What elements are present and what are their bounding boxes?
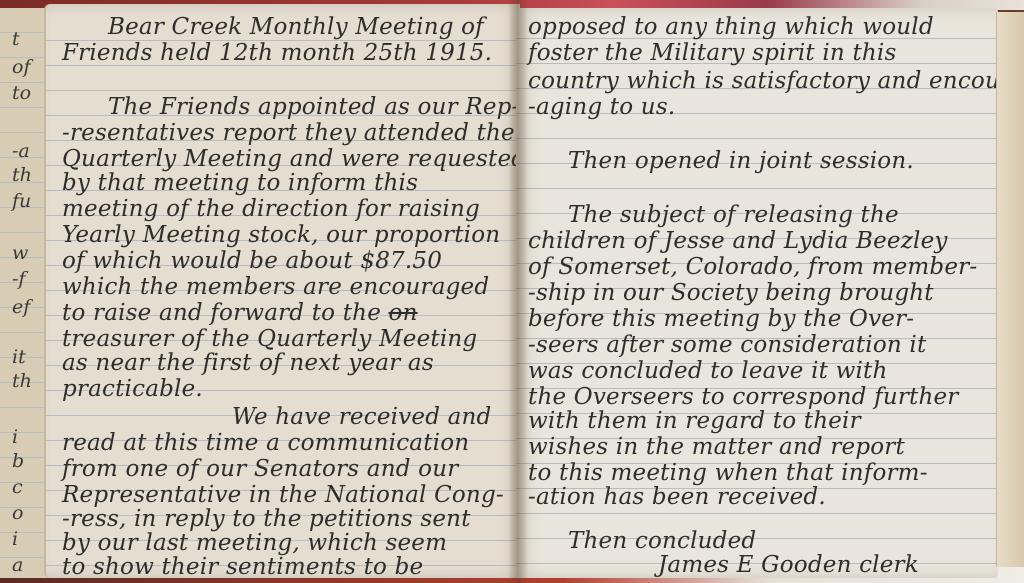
edge-fragment: i [12,428,18,447]
edge-fragment: ef [12,298,30,317]
text-line: practicable. [62,376,203,402]
edge-fragment: th [12,166,32,185]
text-line: children of Jesse and Lydia Beezley [528,228,948,254]
edge-fragment: o [12,504,23,523]
left-page: Bear Creek Monthly Meeting of Friends he… [44,4,520,578]
text-line: -ress, in reply to the petitions sent [62,506,471,532]
text-line: by that meeting to inform this [62,170,418,196]
text-line: Yearly Meeting stock, our proportion [62,222,500,248]
heading-line-2: Friends held 12th month 25th 1915. [62,40,492,66]
closing-line: Then concluded [528,528,756,554]
text-line: Quarterly Meeting and were requested [62,146,520,172]
text-line: to raise and forward to the on [62,300,418,326]
edge-fragment: -a [12,142,30,161]
edge-fragment: t [12,30,20,49]
text-line: -seers after some consideration it [528,332,926,358]
text-line: the Overseers to correspond further [528,384,959,410]
text-line: country which is satisfactory and encour… [528,68,998,94]
text-line: before this meeting by the Over- [528,306,914,332]
edge-fragment: b [12,452,24,471]
edge-fragment: to [12,84,31,103]
text-line: -aging to us. [528,94,675,120]
edge-fragment: c [12,478,23,497]
struck-word: on [389,300,418,326]
page-stack-edge [996,12,1024,567]
text-line: of Somerset, Colorado, from member- [528,254,977,280]
text-line: Representative in the National Cong- [62,482,504,508]
text-line: was concluded to leave it with [528,358,887,384]
heading-line-1: Bear Creek Monthly Meeting of [62,14,484,40]
text-line: -ship in our Society being brought [528,280,934,306]
edge-fragment: th [12,372,32,391]
text-line: The Friends appointed as our Rep- [62,94,520,120]
text-line: to show their sentiments to be [62,554,423,578]
text-segment: to raise and forward to the [62,300,381,326]
text-line: by our last meeting, which seem [62,530,447,556]
edge-fragment: fu [12,192,31,211]
text-line: -ation has been received. [528,484,826,510]
text-line: as near the first of next year as [62,350,434,376]
text-line: Then opened in joint session. [528,148,914,174]
edge-fragment: -f [12,270,25,289]
text-line: read at this time a communication [62,430,469,456]
edge-fragment: of [12,58,30,77]
text-line: The subject of releasing the [528,202,899,228]
text-line: We have received and [62,404,491,430]
right-page: opposed to any thing which would foster … [516,8,998,578]
edge-fragment: i [12,530,18,549]
text-line: treasurer of the Quarterly Meeting [62,326,477,352]
signature-line: James E Gooden clerk [528,552,919,578]
text-line: foster the Military spirit in this [528,40,896,66]
edge-fragment: w [12,244,28,263]
text-line: with them in regard to their [528,408,861,434]
text-line: -resentatives report they attended the [62,120,515,146]
text-line: opposed to any thing which would [528,14,934,40]
text-line: of which would be about $87.50 [62,248,442,274]
text-line: meeting of the direction for raising [62,196,480,222]
text-line: wishes in the matter and report [528,434,905,460]
edge-fragment: it [12,348,26,367]
edge-fragment: a [12,556,23,575]
text-line: to this meeting when that inform- [528,460,928,486]
text-line: from one of our Senators and our [62,456,458,482]
text-line: which the members are encouraged [62,274,489,300]
